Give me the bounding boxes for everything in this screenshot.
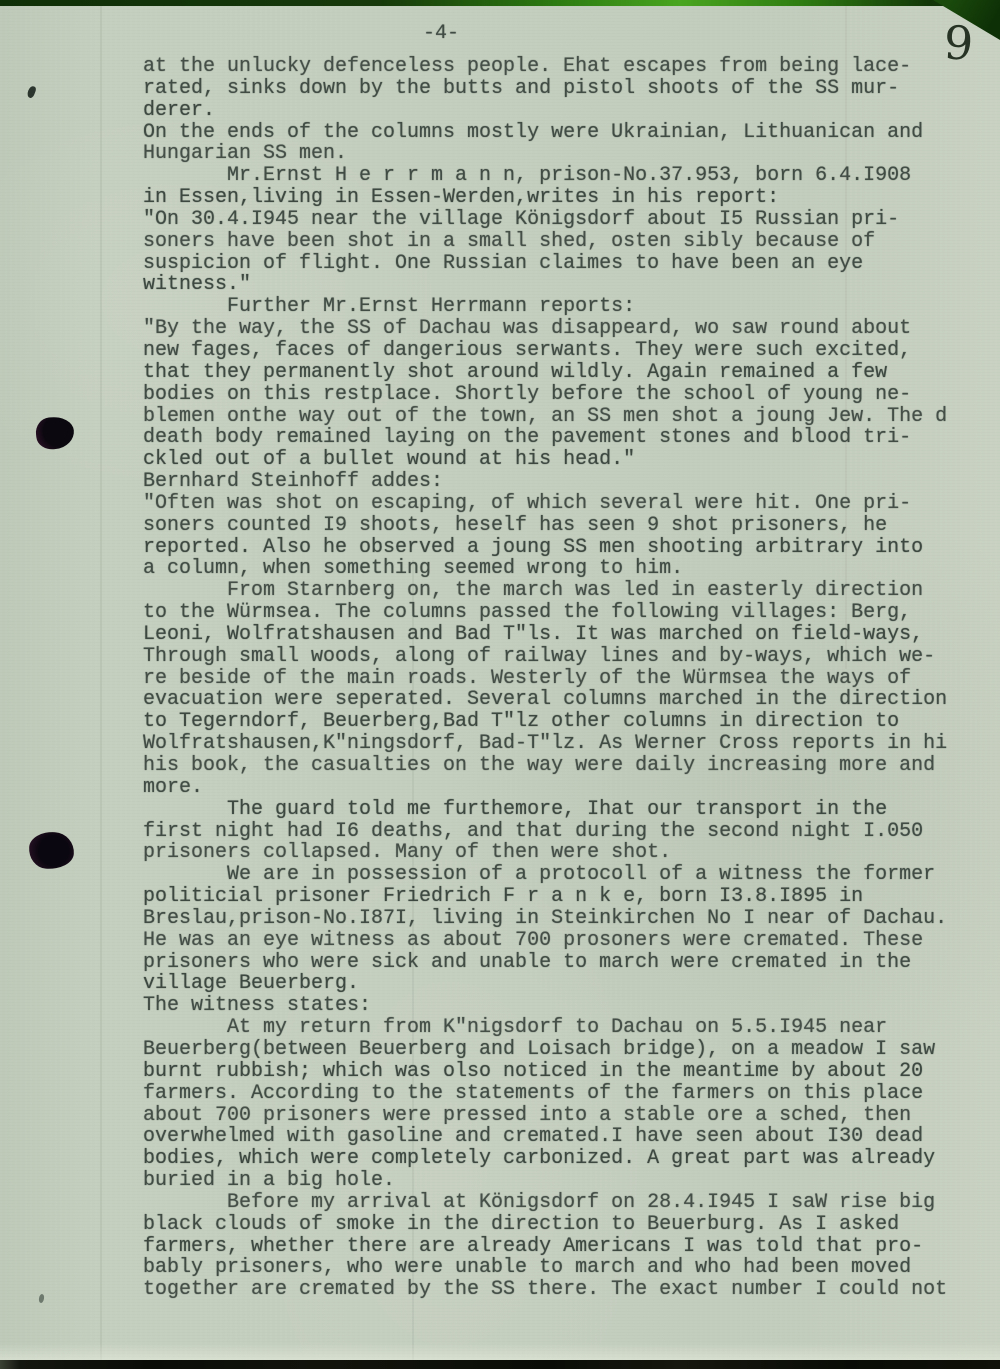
text-line: death body remained laying on the paveme… bbox=[143, 427, 1000, 449]
text-line: The witness states: bbox=[143, 995, 1000, 1017]
scan-edge-top bbox=[0, 0, 1000, 6]
text-line: Through small woods, along of railway li… bbox=[143, 646, 1000, 668]
text-line: about 700 prisoners were pressed into a … bbox=[143, 1105, 1000, 1127]
text-line: that they permanently shot around wildly… bbox=[143, 362, 1000, 384]
text-line: black clouds of smoke in the direction t… bbox=[143, 1214, 1000, 1236]
text-line: together are cremated by the SS there. T… bbox=[143, 1279, 1000, 1301]
text-line: re beside of the main roads. Westerly of… bbox=[143, 668, 1000, 690]
text-line: bably prisoners, who were unable to marc… bbox=[143, 1257, 1000, 1279]
text-line: witness." bbox=[143, 274, 1000, 296]
text-line: "By the way, the SS of Dachau was disapp… bbox=[143, 318, 1000, 340]
text-line: to Tegerndorf, Beuerberg,Bad T"lz other … bbox=[143, 711, 1000, 733]
hole-punch-top bbox=[34, 415, 75, 451]
text-line: On the ends of the columns mostly were U… bbox=[143, 122, 1000, 144]
text-line: reported. Also he observed a joung SS me… bbox=[143, 537, 1000, 559]
text-line: bodies, which were completely carbonized… bbox=[143, 1148, 1000, 1170]
text-line: at the unlucky defenceless people. Ehat … bbox=[143, 56, 1000, 78]
text-line: his book, the casualties on the way were… bbox=[143, 755, 1000, 777]
text-line: rated, sinks down by the butts and pisto… bbox=[143, 78, 1000, 100]
text-line: farmers, whether there are already Ameri… bbox=[143, 1236, 1000, 1258]
text-line: village Beuerberg. bbox=[143, 973, 1000, 995]
text-line: in Essen,living in Essen-Werden,writes i… bbox=[143, 187, 1000, 209]
text-line: evacuation were seperated. Several colum… bbox=[143, 689, 1000, 711]
text-line: blemen onthe way out of the town, an SS … bbox=[143, 406, 1000, 428]
text-line: bodies on this restplace. Shortly before… bbox=[143, 384, 1000, 406]
text-line: prisoners collapsed. Many of then were s… bbox=[143, 842, 1000, 864]
text-line: overwhelmed with gasoline and cremated.I… bbox=[143, 1126, 1000, 1148]
text-line: more. bbox=[143, 777, 1000, 799]
document-page: -4- 9 at the unlucky defenceless people.… bbox=[0, 0, 1000, 1369]
text-line: Wolfratshausen,K"ningsdorf, Bad-T"lz. As… bbox=[143, 733, 1000, 755]
text-line: new fages, faces of dangerious serwants.… bbox=[143, 340, 1000, 362]
text-line: politicial prisoner Friedrich F r a n k … bbox=[143, 886, 1000, 908]
text-line: ckled out of a bullet wound at his head.… bbox=[143, 449, 1000, 471]
text-line: The guard told me furthemore, Ihat our t… bbox=[143, 799, 1000, 821]
paper-bottom-highlight bbox=[0, 1343, 1000, 1360]
text-line: Beuerberg(between Beuerberg and Loisach … bbox=[143, 1039, 1000, 1061]
text-line: burnt rubbish; which was olso noticed in… bbox=[143, 1061, 1000, 1083]
text-line: We are in possession of a protocoll of a… bbox=[143, 864, 1000, 886]
text-line: Further Mr.Ernst Herrmann reports: bbox=[143, 296, 1000, 318]
hole-punch-bottom bbox=[28, 830, 75, 870]
text-line: From Starnberg on, the march was led in … bbox=[143, 580, 1000, 602]
typed-page-number: -4- bbox=[423, 22, 459, 45]
text-line: Mr.Ernst H e r r m a n n, prison-No.37.9… bbox=[143, 165, 1000, 187]
text-line: soners have been shot in a small shed, o… bbox=[143, 231, 1000, 253]
ink-speck bbox=[38, 1294, 44, 1304]
text-line: Leoni, Wolfratshausen and Bad T"ls. It w… bbox=[143, 624, 1000, 646]
scan-edge-bottom bbox=[0, 1360, 1000, 1369]
document-text: at the unlucky defenceless people. Ehat … bbox=[143, 56, 1000, 1301]
text-line: Bernhard Steinhoff addes: bbox=[143, 471, 1000, 493]
text-line: "Often was shot on escaping, of which se… bbox=[143, 493, 1000, 515]
text-line: At my return from K"nigsdorf to Dachau o… bbox=[143, 1017, 1000, 1039]
ink-speck bbox=[26, 85, 37, 99]
text-line: prisoners who were sick and unable to ma… bbox=[143, 952, 1000, 974]
text-line: to the Würmsea. The columns passed the f… bbox=[143, 602, 1000, 624]
text-line: Breslau,prison-No.I87I, living in Steink… bbox=[143, 908, 1000, 930]
text-line: "On 30.4.I945 near the village Königsdor… bbox=[143, 209, 1000, 231]
text-line: He was an eye witness as about 700 proso… bbox=[143, 930, 1000, 952]
text-line: Hungarian SS men. bbox=[143, 143, 1000, 165]
text-line: buried in a big hole. bbox=[143, 1170, 1000, 1192]
paper-fold-line bbox=[100, 0, 102, 1369]
text-line: a column, when something seemed wrong to… bbox=[143, 558, 1000, 580]
text-line: derer. bbox=[143, 100, 1000, 122]
text-line: soners counted I9 shoots, heself has see… bbox=[143, 515, 1000, 537]
text-line: farmers. According to the statements of … bbox=[143, 1083, 1000, 1105]
text-line: suspicion of flight. One Russian claimes… bbox=[143, 253, 1000, 275]
text-line: first night had I6 deaths, and that duri… bbox=[143, 821, 1000, 843]
text-line: Before my arrival at Königsdorf on 28.4.… bbox=[143, 1192, 1000, 1214]
